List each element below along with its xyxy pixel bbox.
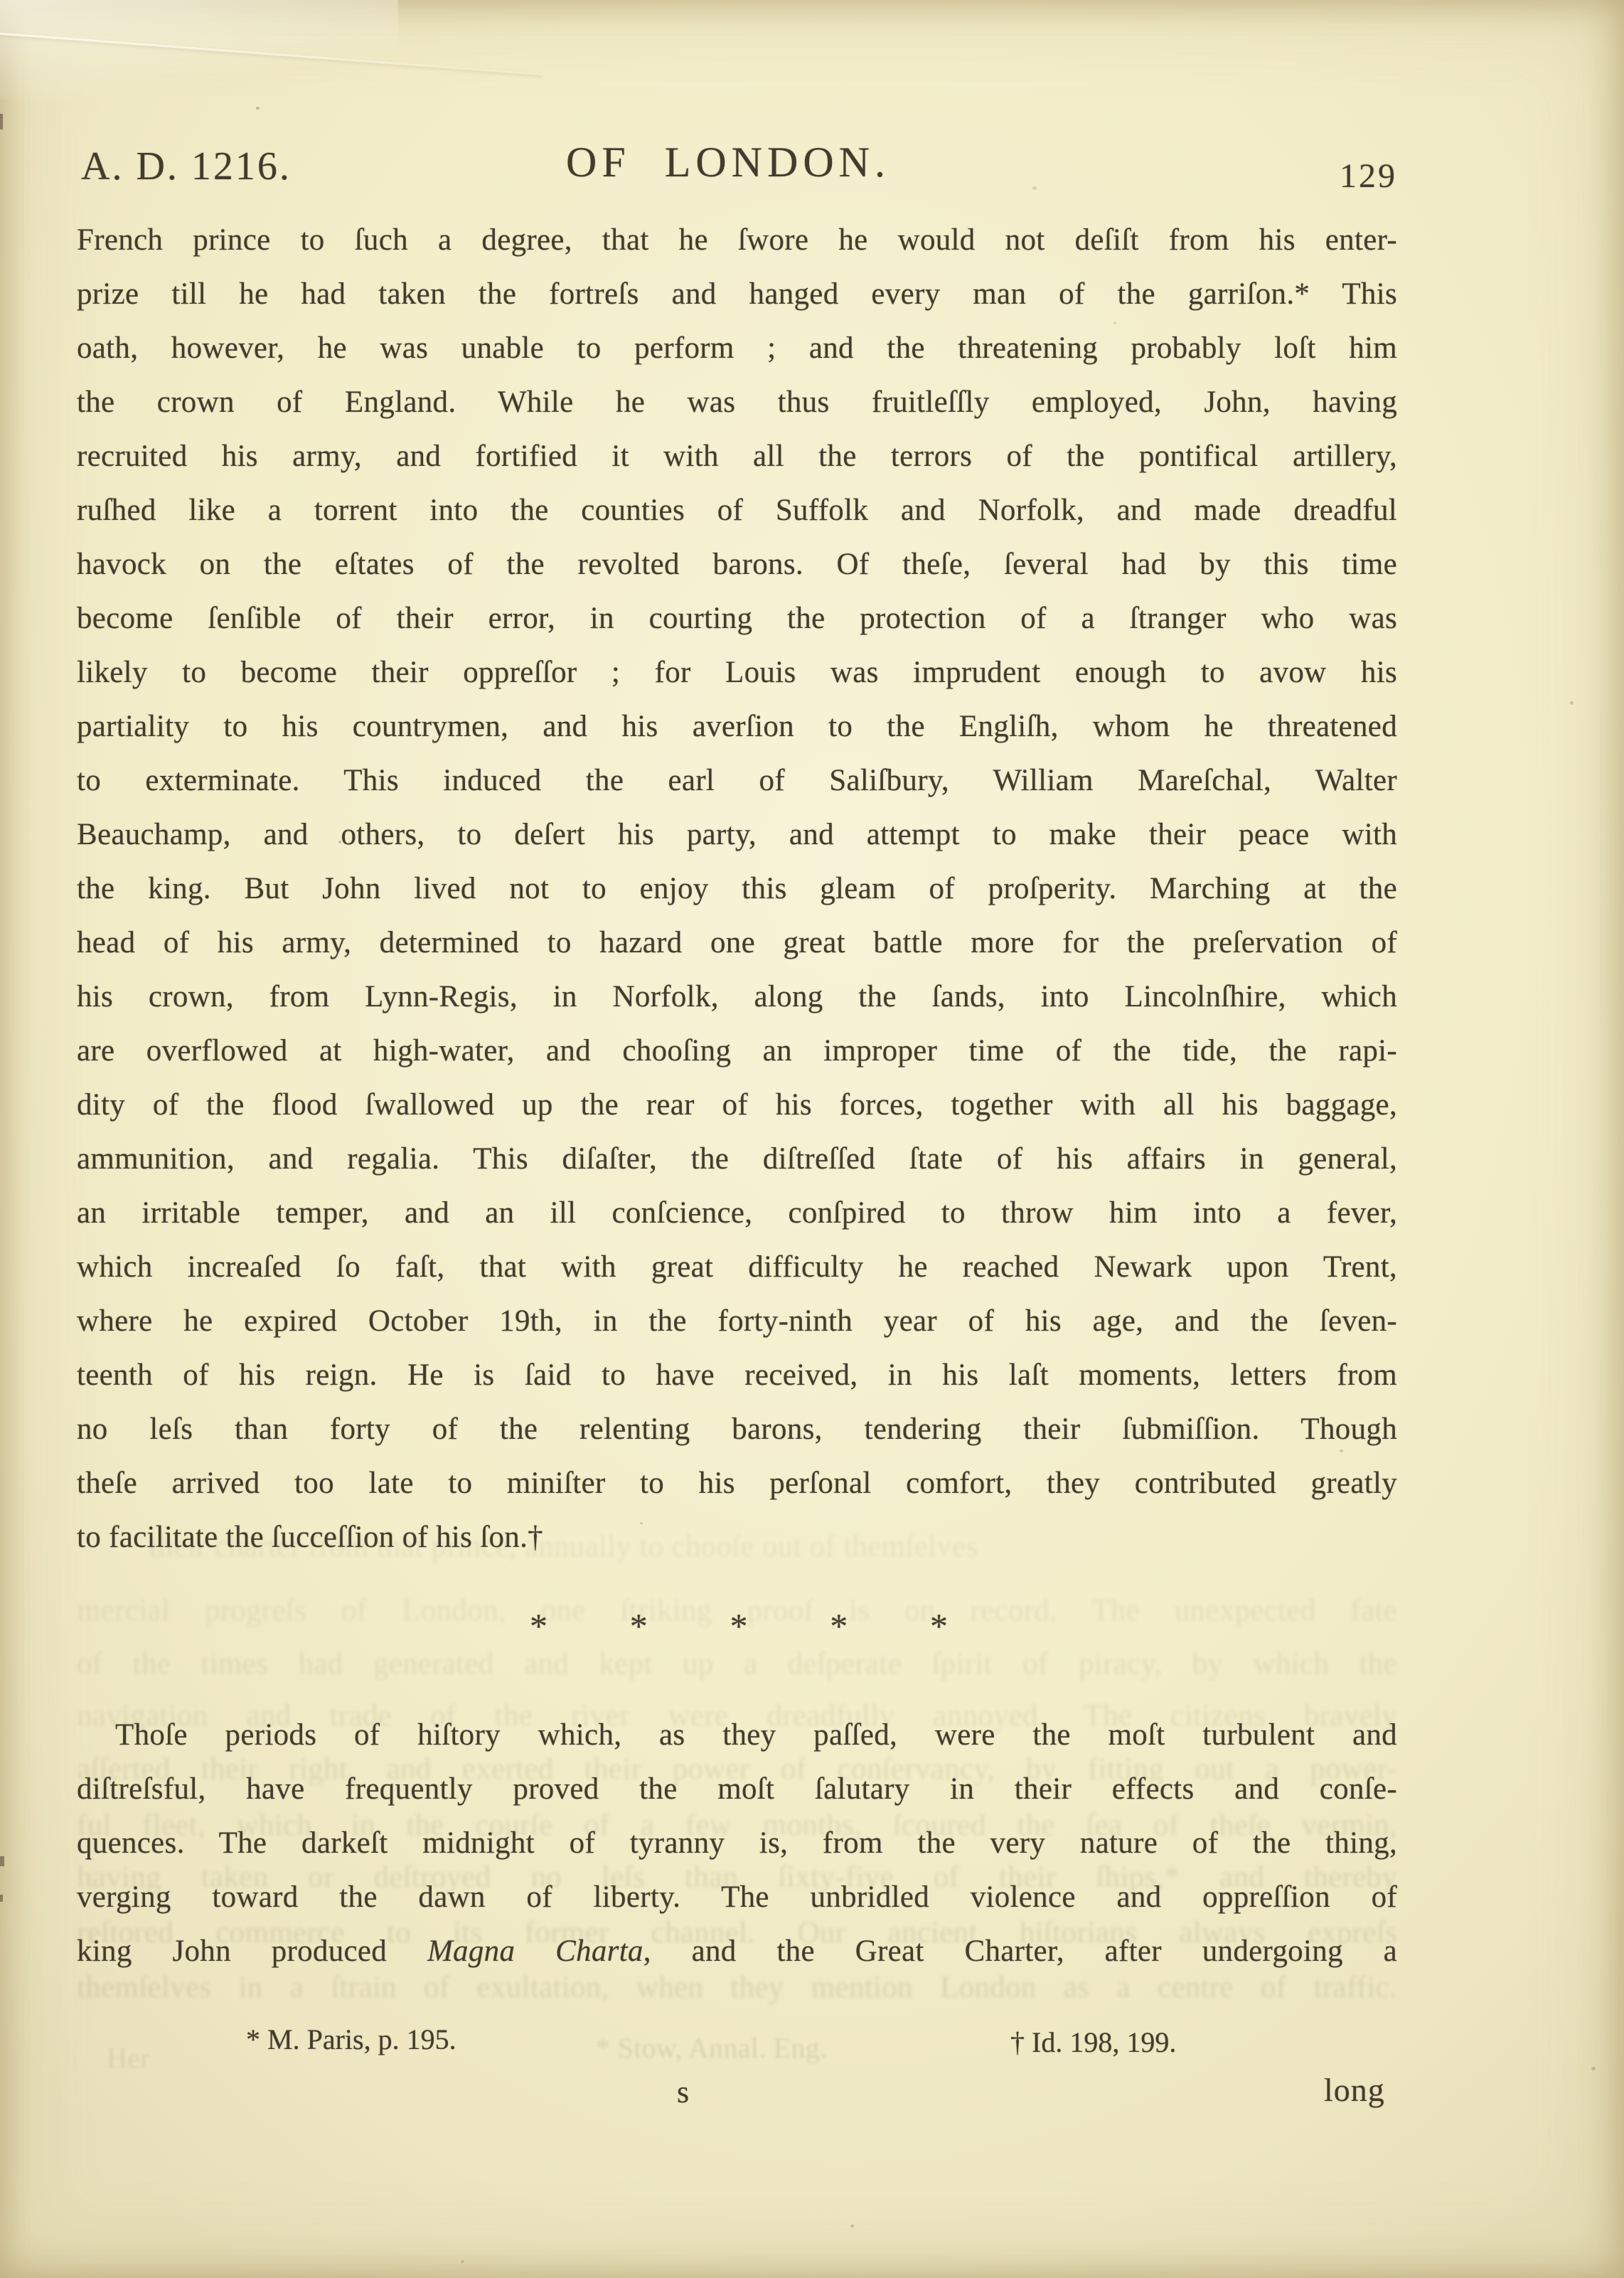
asterisk: * bbox=[530, 1604, 547, 1647]
text-line: are overflowed at high-water, and chooſi… bbox=[77, 1024, 1397, 1078]
text-line: ruſhed like a torrent into the counties … bbox=[77, 484, 1397, 538]
text-line: oath, however, he was unable to perform … bbox=[77, 321, 1397, 376]
italic-phrase: Magna Charta bbox=[427, 1934, 643, 1968]
page-number: 129 bbox=[1340, 156, 1397, 196]
text-line: king John produced Magna Charta, and the… bbox=[77, 1925, 1397, 1979]
asterisk: * bbox=[830, 1604, 848, 1647]
text-line: the crown of England. While he was thus … bbox=[77, 376, 1397, 430]
text-line: to facilitate the ſucceſſion of his ſon.… bbox=[77, 1511, 1397, 1565]
text-line: head of his army, determined to hazard o… bbox=[77, 916, 1397, 970]
paper-corner-highlight bbox=[0, 0, 398, 100]
text-line: partiality to his countrymen, and his av… bbox=[77, 700, 1397, 754]
catchword: long bbox=[1324, 2071, 1385, 2109]
text-fragment: king John produced bbox=[77, 1934, 427, 1968]
text-line: Beauchamp, and others, to deſert his par… bbox=[77, 808, 1397, 862]
show-through-footnote: * Stow, Annal. Eng. bbox=[596, 2021, 827, 2075]
asterisk: * bbox=[630, 1604, 648, 1647]
text-line: recruited his army, and fortified it wit… bbox=[77, 430, 1397, 484]
text-line: his crown, from Lynn-Regis, in Norfolk, … bbox=[77, 970, 1397, 1024]
text-line: Thoſe periods of hiſtory which, as they … bbox=[77, 1708, 1397, 1762]
text-line: likely to become their oppreſſor ; for L… bbox=[77, 646, 1397, 700]
section-separator: * * * * * bbox=[530, 1604, 948, 1647]
text-line: to exterminate. This induced the earl of… bbox=[77, 754, 1397, 808]
footnote-asterisk: * M. Paris, p. 195. bbox=[246, 2023, 456, 2056]
text-line: where he expired October 19th, in the fo… bbox=[77, 1294, 1397, 1348]
text-line: ammunition, and regalia. This diſaſter, … bbox=[77, 1132, 1397, 1186]
asterisk: * bbox=[930, 1604, 948, 1647]
text-line: theſe arrived too late to miniſter to hi… bbox=[77, 1457, 1397, 1511]
text-line: which increaſed ſo faſt, that with great… bbox=[77, 1240, 1397, 1294]
text-line: French prince to ſuch a degree, that he … bbox=[77, 213, 1397, 267]
footnote-dagger: † Id. 198, 199. bbox=[1010, 2026, 1176, 2059]
header-date: A. D. 1216. bbox=[81, 144, 292, 189]
second-paragraph: Thoſe periods of hiſtory which, as they … bbox=[77, 1708, 1397, 1979]
show-through-fragment: Her bbox=[107, 2031, 150, 2085]
text-line: an irritable temper, and an ill conſcien… bbox=[77, 1186, 1397, 1240]
text-line: diſtreſsful, have frequently proved the … bbox=[77, 1762, 1397, 1816]
signature-mark: s bbox=[677, 2074, 689, 2110]
text-line: the king. But John lived not to enjoy th… bbox=[77, 862, 1397, 916]
text-fragment: , and the Great Charter, after undergoin… bbox=[643, 1934, 1397, 1968]
text-line: no leſs than forty of the relenting baro… bbox=[77, 1403, 1397, 1457]
text-line: havock on the eſtates of the revolted ba… bbox=[77, 538, 1397, 592]
text-line: quences. The darkeſt midnight of tyranny… bbox=[77, 1816, 1397, 1870]
asterisk: * bbox=[730, 1604, 748, 1647]
text-line: teenth of his reign. He is ſaid to have … bbox=[77, 1348, 1397, 1403]
main-paragraph: French prince to ſuch a degree, that he … bbox=[77, 213, 1397, 1565]
text-line: prize till he had taken the fortreſs and… bbox=[77, 267, 1397, 321]
text-line: verging toward the dawn of liberty. The … bbox=[77, 1870, 1397, 1925]
text-line: become ſenſible of their error, in court… bbox=[77, 592, 1397, 646]
scanned-book-page: A. D. 1216. OF LONDON. 129 their charter… bbox=[0, 0, 1624, 2278]
running-title: OF LONDON. bbox=[566, 138, 890, 187]
text-line: dity of the flood ſwallowed up the rear … bbox=[77, 1078, 1397, 1132]
